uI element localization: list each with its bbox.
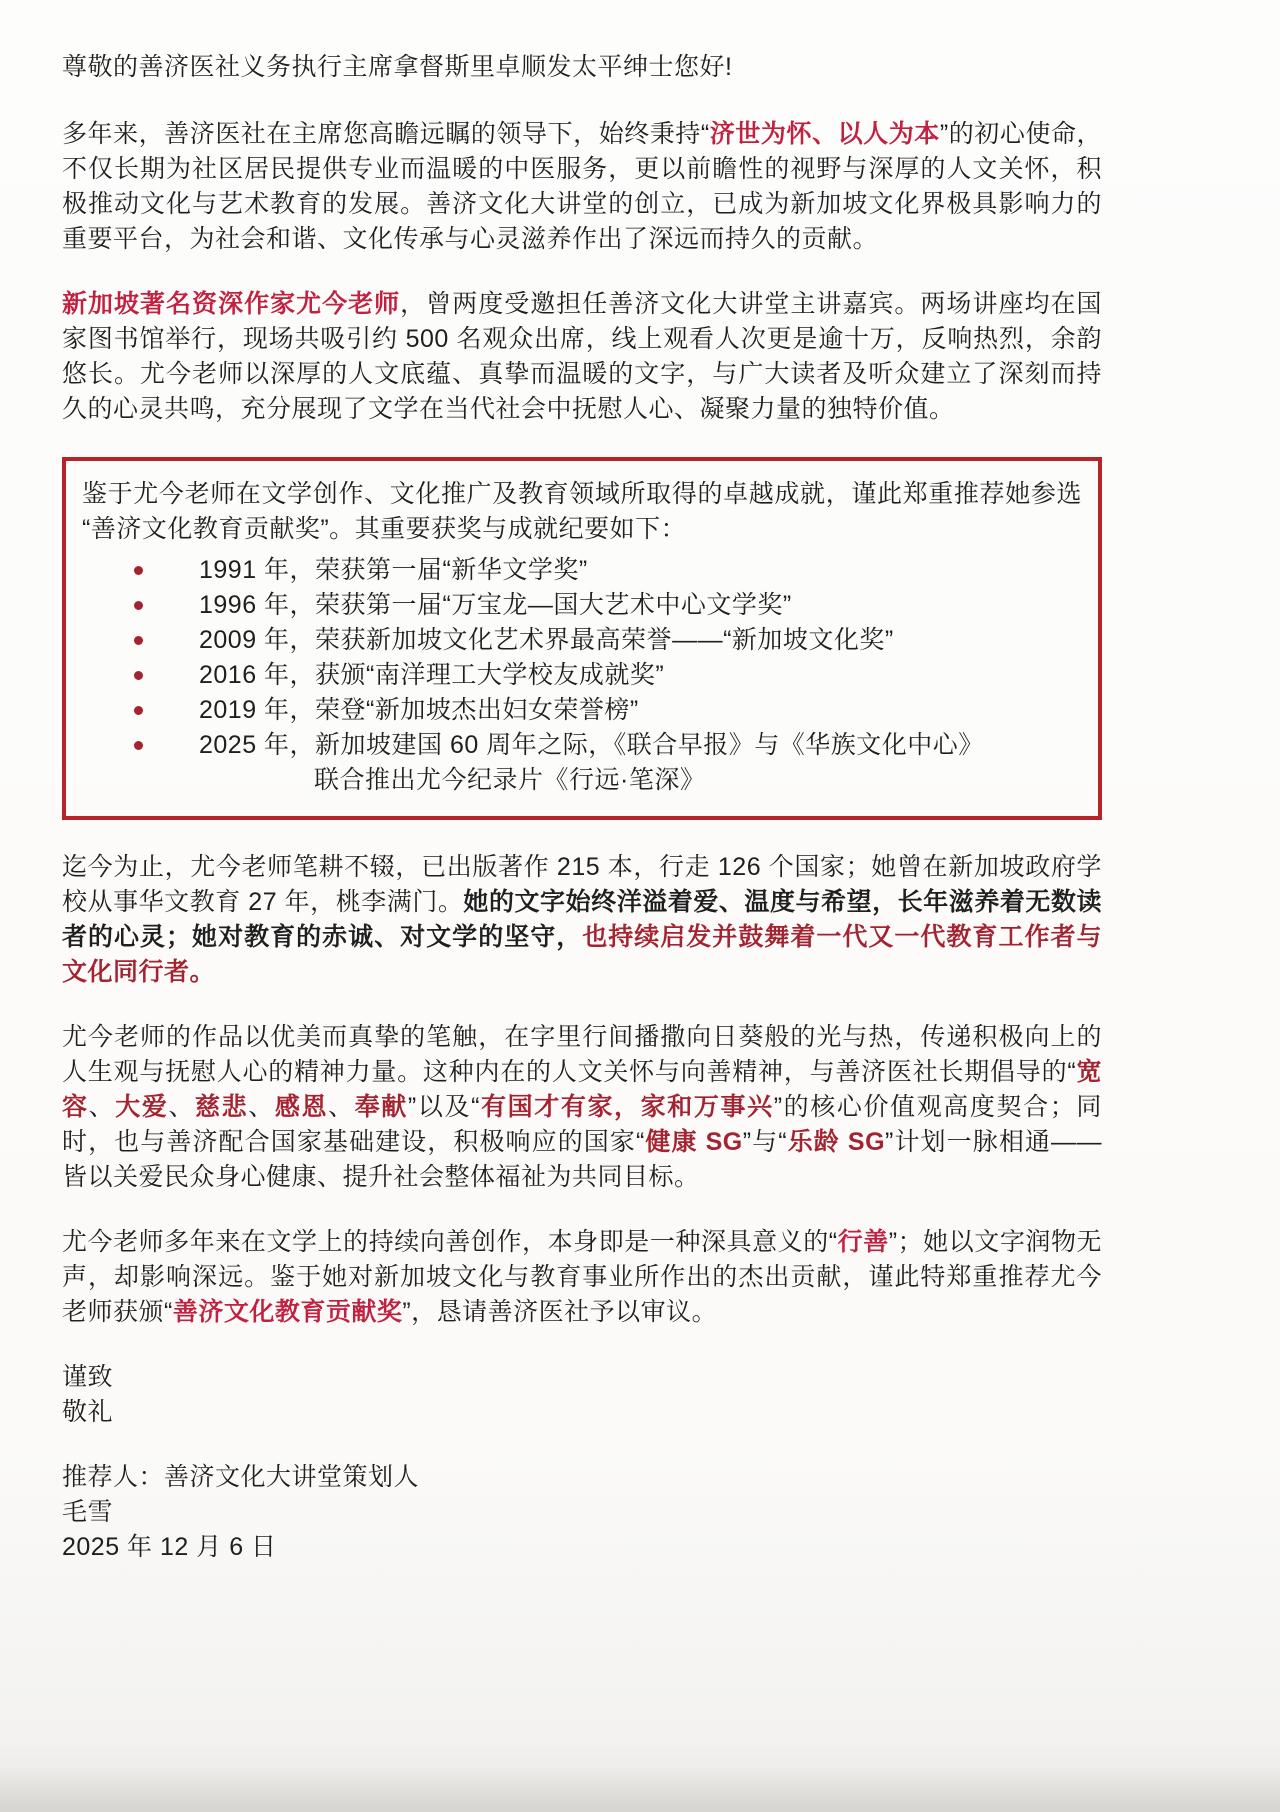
paragraph-author: 新加坡著名资深作家尤今老师，曾两度受邀担任善济文化大讲堂主讲嘉宾。两场讲座均在国… bbox=[62, 287, 1102, 427]
award-item-text: 2019 年，荣登“新加坡杰出妇女荣誉榜” bbox=[199, 693, 639, 728]
closing-award-name: 善济文化教育贡献奖 bbox=[173, 1298, 403, 1326]
intro-motto-highlight: 济世为怀、以人为本 bbox=[710, 120, 940, 148]
values-sep-4: 、 bbox=[328, 1093, 355, 1121]
value-word-gratitude: 感恩 bbox=[275, 1093, 328, 1121]
award-item-2016: 2016 年，获颁“南洋理工大学校友成就奖” bbox=[82, 658, 1082, 693]
award-list: 1991 年，荣获第一届“新华文学奖” 1996 年，荣获第一届“万宝龙—国大艺… bbox=[82, 553, 1082, 798]
salutation-line-1: 谨致 bbox=[62, 1360, 1102, 1395]
signature-name: 毛雪 bbox=[62, 1495, 1102, 1530]
intro-run-1: 多年来，善济医社在主席您高瞻远瞩的领导下，始终秉持“ bbox=[62, 120, 710, 148]
bullet-icon bbox=[134, 636, 143, 645]
paper-bottom-shadow bbox=[0, 1766, 1280, 1812]
salutation-line-2: 敬礼 bbox=[62, 1395, 1102, 1430]
award-item-text: 2009 年，荣获新加坡文化艺术界最高荣誉——“新加坡文化奖” bbox=[199, 623, 894, 658]
values-sep-2: 、 bbox=[168, 1093, 195, 1121]
author-name-highlight: 新加坡著名资深作家尤今老师 bbox=[62, 290, 400, 318]
award-item-text: 2025 年，新加坡建国 60 周年之际，《联合早报》与《华族文化中心》 bbox=[199, 728, 984, 763]
greeting-line: 尊敬的善济医社义务执行主席拿督斯里卓顺发太平绅士您好! bbox=[62, 50, 1102, 85]
award-box: 鉴于尤今老师在文学创作、文化推广及教育领域所取得的卓越成就，谨此郑重推荐她参选“… bbox=[62, 457, 1102, 820]
bullet-icon bbox=[134, 566, 143, 575]
bullet-icon bbox=[134, 601, 143, 610]
letter-content: 尊敬的善济医社义务执行主席拿督斯里卓顺发太平绅士您好! 多年来，善济医社在主席您… bbox=[62, 50, 1102, 1565]
letter-page: 尊敬的善济医社义务执行主席拿督斯里卓顺发太平绅士您好! 多年来，善济医社在主席您… bbox=[0, 0, 1280, 1812]
bullet-icon bbox=[134, 671, 143, 680]
award-item-text: 2016 年，获颁“南洋理工大学校友成就奖” bbox=[199, 658, 664, 693]
award-box-intro: 鉴于尤今老师在文学创作、文化推广及教育领域所取得的卓越成就，谨此郑重推荐她参选“… bbox=[82, 477, 1082, 547]
award-item-2009: 2009 年，荣获新加坡文化艺术界最高荣誉——“新加坡文化奖” bbox=[82, 623, 1082, 658]
award-item-1991: 1991 年，荣获第一届“新华文学奖” bbox=[82, 553, 1082, 588]
award-item-2025-continuation: 联合推出尤今纪录片《行远·笔深》 bbox=[314, 763, 1082, 798]
value-healthier-sg: 健康 SG bbox=[645, 1128, 743, 1156]
values-sep-3: 、 bbox=[248, 1093, 275, 1121]
closing-run-3: ”，恳请善济医社予以审议。 bbox=[402, 1298, 717, 1326]
value-age-well-sg: 乐龄 SG bbox=[787, 1128, 885, 1156]
paragraph-values: 尤今老师的作品以优美而真挚的笔触，在字里行间播撒向日葵般的光与热，传递积极向上的… bbox=[62, 1020, 1102, 1195]
values-run-1: 尤今老师的作品以优美而真挚的笔触，在字里行间播撒向日葵般的光与热，传递积极向上的… bbox=[62, 1023, 1102, 1086]
paragraph-intro: 多年来，善济医社在主席您高瞻远瞩的领导下，始终秉持“济世为怀、以人为本”的初心使… bbox=[62, 117, 1102, 257]
award-item-text: 1996 年，荣获第一届“万宝龙—国大艺术中心文学奖” bbox=[199, 588, 792, 623]
award-item-2019: 2019 年，荣登“新加坡杰出妇女荣誉榜” bbox=[82, 693, 1082, 728]
signature-block: 推荐人：善济文化大讲堂策划人 毛雪 2025 年 12 月 6 日 bbox=[62, 1460, 1102, 1565]
value-word-compassion: 慈悲 bbox=[195, 1093, 248, 1121]
greeting-text: 尊敬的善济医社义务执行主席拿督斯里卓顺发太平绅士您好! bbox=[62, 53, 732, 81]
value-word-love: 大爱 bbox=[115, 1093, 168, 1121]
value-word-dedication: 奉献 bbox=[355, 1093, 408, 1121]
values-sep-1: 、 bbox=[89, 1093, 116, 1121]
award-item-1996: 1996 年，荣获第一届“万宝龙—国大艺术中心文学奖” bbox=[82, 588, 1082, 623]
signature-date: 2025 年 12 月 6 日 bbox=[62, 1530, 1102, 1565]
award-item-text: 1991 年，荣获第一届“新华文学奖” bbox=[199, 553, 588, 588]
bullet-icon bbox=[134, 706, 143, 715]
signature-role: 推荐人：善济文化大讲堂策划人 bbox=[62, 1460, 1102, 1495]
values-run-4: ”与“ bbox=[743, 1128, 787, 1156]
closing-word-charity: 行善 bbox=[838, 1228, 889, 1256]
paragraph-closing: 尤今老师多年来在文学上的持续向善创作，本身即是一种深具意义的“行善”；她以文字润… bbox=[62, 1225, 1102, 1330]
paragraph-record: 迄今为止，尤今老师笔耕不辍，已出版著作 215 本，行走 126 个国家；她曾在… bbox=[62, 850, 1102, 990]
value-phrase-family: 有国才有家，家和万事兴 bbox=[480, 1093, 774, 1121]
closing-run-1: 尤今老师多年来在文学上的持续向善创作，本身即是一种深具意义的“ bbox=[62, 1228, 838, 1256]
values-run-2: ”以及“ bbox=[408, 1093, 480, 1121]
bullet-icon bbox=[134, 741, 143, 750]
salutation-block: 谨致 敬礼 bbox=[62, 1360, 1102, 1430]
award-item-2025: 2025 年，新加坡建国 60 周年之际，《联合早报》与《华族文化中心》 bbox=[82, 728, 1082, 763]
